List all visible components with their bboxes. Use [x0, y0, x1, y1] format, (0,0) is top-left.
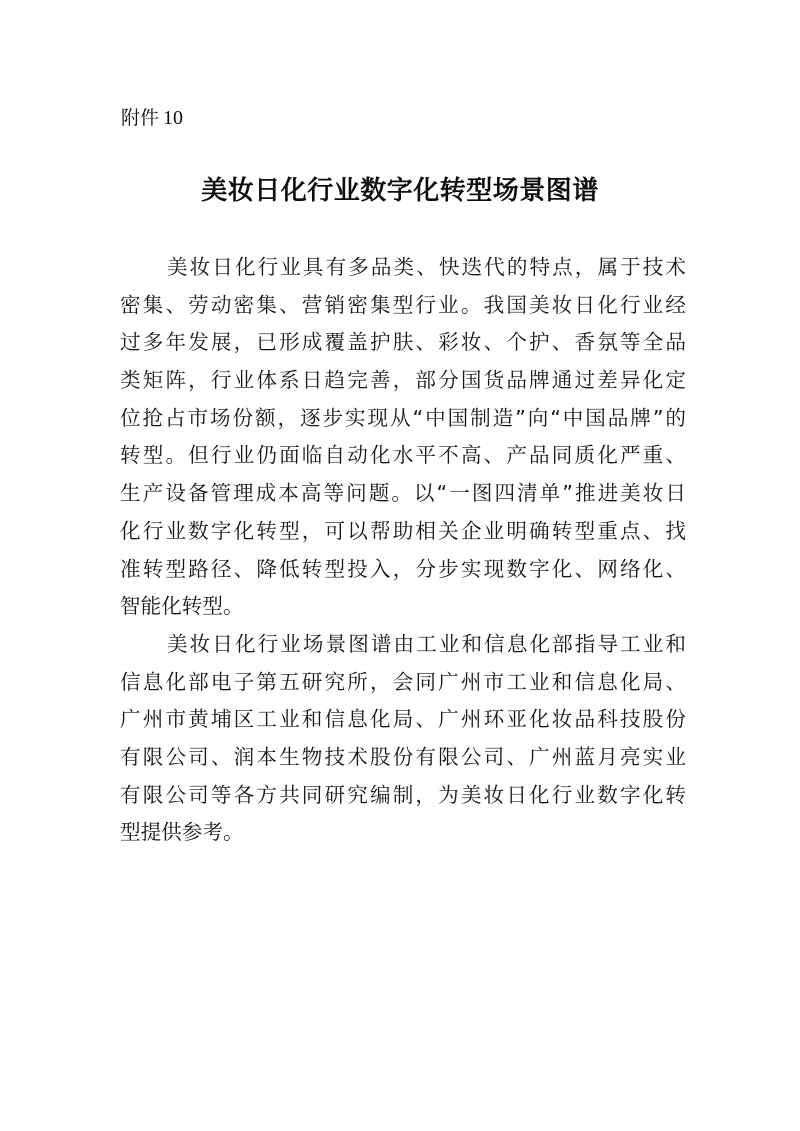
paragraph-line: 有限公司等各方共同研究编制，为美妆日化行业数字化转 — [120, 777, 686, 815]
document-page: 附件10 美妆日化行业数字化转型场景图谱 美妆日化行业具有多品类、快迭代的特点，… — [0, 0, 800, 1131]
paragraph-line: 型提供参考。 — [120, 814, 686, 852]
paragraph-line: 广州市黄埔区工业和信息化局、广州环亚化妆品科技股份 — [120, 701, 686, 739]
paragraph-line: 准转型路径、降低转型投入，分步实现数字化、网络化、 — [120, 551, 686, 589]
paragraph-line: 位抢占市场份额，逐步实现从“中国制造”向“中国品牌”的 — [120, 400, 686, 438]
paragraph-line: 智能化转型。 — [120, 588, 686, 626]
paragraph-line: 类矩阵，行业体系日趋完善，部分国货品牌通过差异化定 — [120, 362, 686, 400]
paragraph-line: 生产设备管理成本高等问题。以“一图四清单”推进美妆日 — [120, 475, 686, 513]
paragraph-line: 过多年发展，已形成覆盖护肤、彩妆、个护、香氛等全品 — [120, 324, 686, 362]
paragraph-line: 信息化部电子第五研究所，会同广州市工业和信息化局、 — [120, 664, 686, 702]
paragraph-line: 转型。但行业仍面临自动化水平不高、产品同质化严重、 — [120, 437, 686, 475]
paragraph-line: 密集、劳动密集、营销密集型行业。我国美妆日化行业经 — [120, 287, 686, 325]
document-body: 美妆日化行业具有多品类、快迭代的特点，属于技术 密集、劳动密集、营销密集型行业。… — [120, 249, 686, 852]
paragraph-line: 美妆日化行业场景图谱由工业和信息化部指导工业和 — [120, 626, 686, 664]
paragraph-2: 美妆日化行业场景图谱由工业和信息化部指导工业和 信息化部电子第五研究所，会同广州… — [120, 626, 686, 852]
attachment-label: 附件10 — [121, 104, 183, 132]
document-title: 美妆日化行业数字化转型场景图谱 — [0, 171, 800, 211]
attachment-number: 10 — [163, 107, 183, 129]
paragraph-line: 化行业数字化转型，可以帮助相关企业明确转型重点、找 — [120, 513, 686, 551]
paragraph-line: 美妆日化行业具有多品类、快迭代的特点，属于技术 — [120, 249, 686, 287]
paragraph-line: 有限公司、润本生物技术股份有限公司、广州蓝月亮实业 — [120, 739, 686, 777]
paragraph-1: 美妆日化行业具有多品类、快迭代的特点，属于技术 密集、劳动密集、营销密集型行业。… — [120, 249, 686, 626]
attachment-prefix: 附件 — [121, 107, 159, 129]
